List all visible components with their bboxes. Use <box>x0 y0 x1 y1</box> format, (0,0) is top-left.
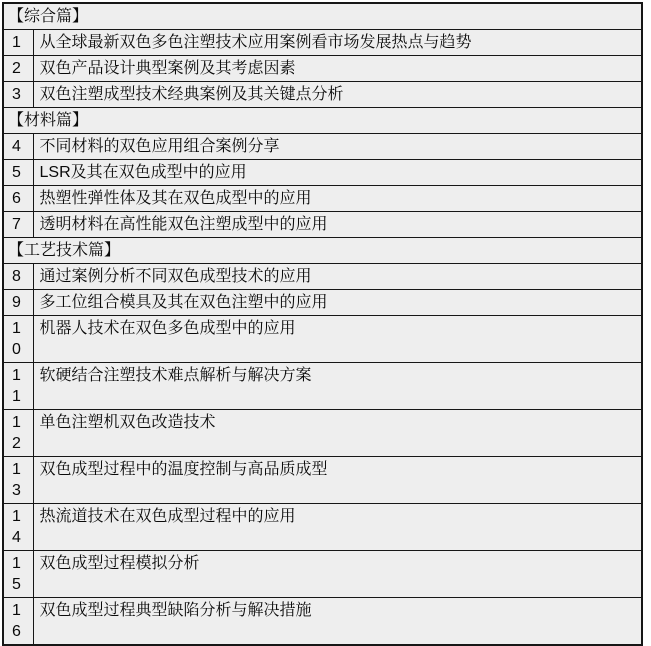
topic-row: 15双色成型过程模拟分析 <box>3 551 642 598</box>
topic-row: 1从全球最新双色多色注塑技术应用案例看市场发展热点与趋势 <box>3 30 642 56</box>
topic-title: 从全球最新双色多色注塑技术应用案例看市场发展热点与趋势 <box>33 30 642 56</box>
topic-title: 双色产品设计典型案例及其考虑因素 <box>33 56 642 82</box>
topic-number: 16 <box>3 598 33 646</box>
topic-title: 通过案例分析不同双色成型技术的应用 <box>33 264 642 290</box>
topic-number: 6 <box>3 186 33 212</box>
topic-row: 12单色注塑机双色改造技术 <box>3 410 642 457</box>
topic-number: 10 <box>3 316 33 363</box>
topic-title: 双色成型过程模拟分析 <box>33 551 642 598</box>
section-header-row: 【工艺技术篇】 <box>3 238 642 264</box>
topic-number: 8 <box>3 264 33 290</box>
section-header-row: 【材料篇】 <box>3 108 642 134</box>
topic-title: 透明材料在高性能双色注塑成型中的应用 <box>33 212 642 238</box>
topic-title: 不同材料的双色应用组合案例分享 <box>33 134 642 160</box>
topic-title: LSR及其在双色成型中的应用 <box>33 160 642 186</box>
topic-row: 3双色注塑成型技术经典案例及其关键点分析 <box>3 82 642 108</box>
topic-number: 3 <box>3 82 33 108</box>
topic-number: 2 <box>3 56 33 82</box>
topic-number: 14 <box>3 504 33 551</box>
topic-number: 9 <box>3 290 33 316</box>
topic-row: 10机器人技术在双色多色成型中的应用 <box>3 316 642 363</box>
topic-row: 13双色成型过程中的温度控制与高品质成型 <box>3 457 642 504</box>
topic-row: 16双色成型过程典型缺陷分析与解决措施 <box>3 598 642 646</box>
topic-number: 12 <box>3 410 33 457</box>
topic-row: 5LSR及其在双色成型中的应用 <box>3 160 642 186</box>
topic-row: 9多工位组合模具及其在双色注塑中的应用 <box>3 290 642 316</box>
topic-row: 11软硬结合注塑技术难点解析与解决方案 <box>3 363 642 410</box>
topic-title: 热塑性弹性体及其在双色成型中的应用 <box>33 186 642 212</box>
topic-title: 多工位组合模具及其在双色注塑中的应用 <box>33 290 642 316</box>
page: 【综合篇】1从全球最新双色多色注塑技术应用案例看市场发展热点与趋势2双色产品设计… <box>0 0 651 642</box>
topic-row: 4不同材料的双色应用组合案例分享 <box>3 134 642 160</box>
topic-title: 双色注塑成型技术经典案例及其关键点分析 <box>33 82 642 108</box>
agenda-table: 【综合篇】1从全球最新双色多色注塑技术应用案例看市场发展热点与趋势2双色产品设计… <box>2 2 643 646</box>
topic-row: 2双色产品设计典型案例及其考虑因素 <box>3 56 642 82</box>
section-title: 【综合篇】 <box>3 3 642 30</box>
topic-number: 5 <box>3 160 33 186</box>
section-title: 【工艺技术篇】 <box>3 238 642 264</box>
topic-title: 单色注塑机双色改造技术 <box>33 410 642 457</box>
topic-title: 热流道技术在双色成型过程中的应用 <box>33 504 642 551</box>
topic-number: 15 <box>3 551 33 598</box>
topic-number: 4 <box>3 134 33 160</box>
section-title: 【材料篇】 <box>3 108 642 134</box>
topic-title: 双色成型过程中的温度控制与高品质成型 <box>33 457 642 504</box>
topic-number: 11 <box>3 363 33 410</box>
agenda-table-body: 【综合篇】1从全球最新双色多色注塑技术应用案例看市场发展热点与趋势2双色产品设计… <box>3 3 642 645</box>
section-header-row: 【综合篇】 <box>3 3 642 30</box>
topic-title: 软硬结合注塑技术难点解析与解决方案 <box>33 363 642 410</box>
topic-row: 7透明材料在高性能双色注塑成型中的应用 <box>3 212 642 238</box>
topic-title: 机器人技术在双色多色成型中的应用 <box>33 316 642 363</box>
topic-number: 1 <box>3 30 33 56</box>
topic-title: 双色成型过程典型缺陷分析与解决措施 <box>33 598 642 646</box>
topic-number: 7 <box>3 212 33 238</box>
topic-row: 14热流道技术在双色成型过程中的应用 <box>3 504 642 551</box>
topic-number: 13 <box>3 457 33 504</box>
topic-row: 8通过案例分析不同双色成型技术的应用 <box>3 264 642 290</box>
topic-row: 6热塑性弹性体及其在双色成型中的应用 <box>3 186 642 212</box>
